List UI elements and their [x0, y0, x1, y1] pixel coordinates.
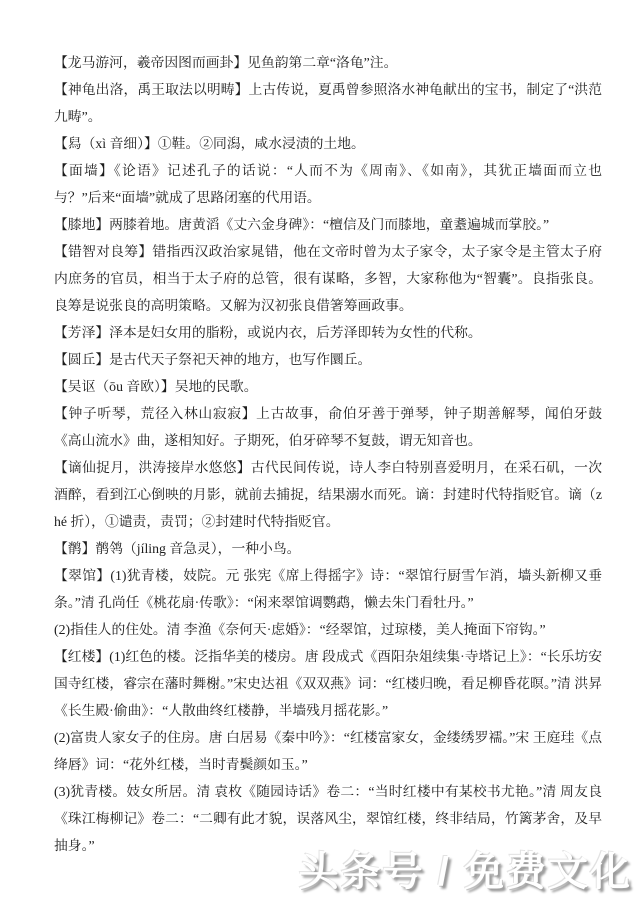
- dictionary-entry: 【神龟出洛，禹王取法以明畴】上古传说，夏禹曾参照洛水神龟献出的宝书，制定了“洪范…: [54, 76, 602, 130]
- dictionary-entry: 【谪仙捉月，洪涛接岸水悠悠】古代民间传说，诗人李白特别喜爱明月，在采石矶，一次酒…: [54, 454, 602, 535]
- dictionary-entry: 【翠馆】(1)犹青楼，妓院。元 张宪《席上得摇字》诗：“翠馆行厨雪乍消，墙头新柳…: [54, 562, 602, 616]
- dictionary-entry: 【吴讴（ōu 音欧）】吴地的民歌。: [54, 373, 602, 400]
- dictionary-entry: 【错智对良筹】错指西汉政治家晁错，他在文帝时曾为太子家令，太子家令是主管太子府内…: [54, 238, 602, 319]
- dictionary-entry-subsense: (2)富贵人家女子的住房。唐 白居易《秦中吟》：“红楼富家女，金缕绣罗襦。”宋 …: [54, 724, 602, 778]
- toutiao-watermark: 头条号 / 免费文化: [299, 840, 632, 897]
- dictionary-entry: 【芳泽】泽本是妇女用的脂粉，或说内衣，后芳泽即转为女性的代称。: [54, 319, 602, 346]
- dictionary-entry: 【膝地】两膝着地。唐黄滔《丈六金身碑》：“檀信及门而膝地，童耋遍城而掌胶。”: [54, 211, 602, 238]
- dictionary-entry: 【红楼】(1)红色的楼。泛指华美的楼房。唐 段成式《酉阳杂俎续集·寺塔记上》：“…: [54, 643, 602, 724]
- dictionary-entry: 【鹡】鹡鸰（jíling 音急灵），一种小鸟。: [54, 535, 602, 562]
- dictionary-entry-subsense: (2)指佳人的住处。清 李渔《奈何天·虑婚》：“经翠馆，过琼楼，美人掩面下帘钩。…: [54, 616, 602, 643]
- dictionary-entry: 【龙马游河，羲帝因图而画卦】见鱼韵第二章“洛龟”注。: [54, 49, 602, 76]
- scanned-dictionary-page: 【龙马游河，羲帝因图而画卦】见鱼韵第二章“洛龟”注。 【神龟出洛，禹王取法以明畴…: [0, 0, 640, 905]
- dictionary-entry: 【圆丘】是古代天子祭祀天神的地方，也写作圜丘。: [54, 346, 602, 373]
- dictionary-entry: 【钟子听琴，荒径入林山寂寂】上古故事，俞伯牙善于弹琴，钟子期善解琴，闻伯牙鼓《高…: [54, 400, 602, 454]
- dictionary-entries: 【龙马游河，羲帝因图而画卦】见鱼韵第二章“洛龟”注。 【神龟出洛，禹王取法以明畴…: [54, 49, 602, 859]
- dictionary-entry: 【舄（xì 音细）】①鞋。②同潟，咸水浸渍的土地。: [54, 130, 602, 157]
- dictionary-entry: 【面墙】《论语》记述孔子的话说：“人而不为《周南》、《如南》，其犹正墙面而立也与…: [54, 157, 602, 211]
